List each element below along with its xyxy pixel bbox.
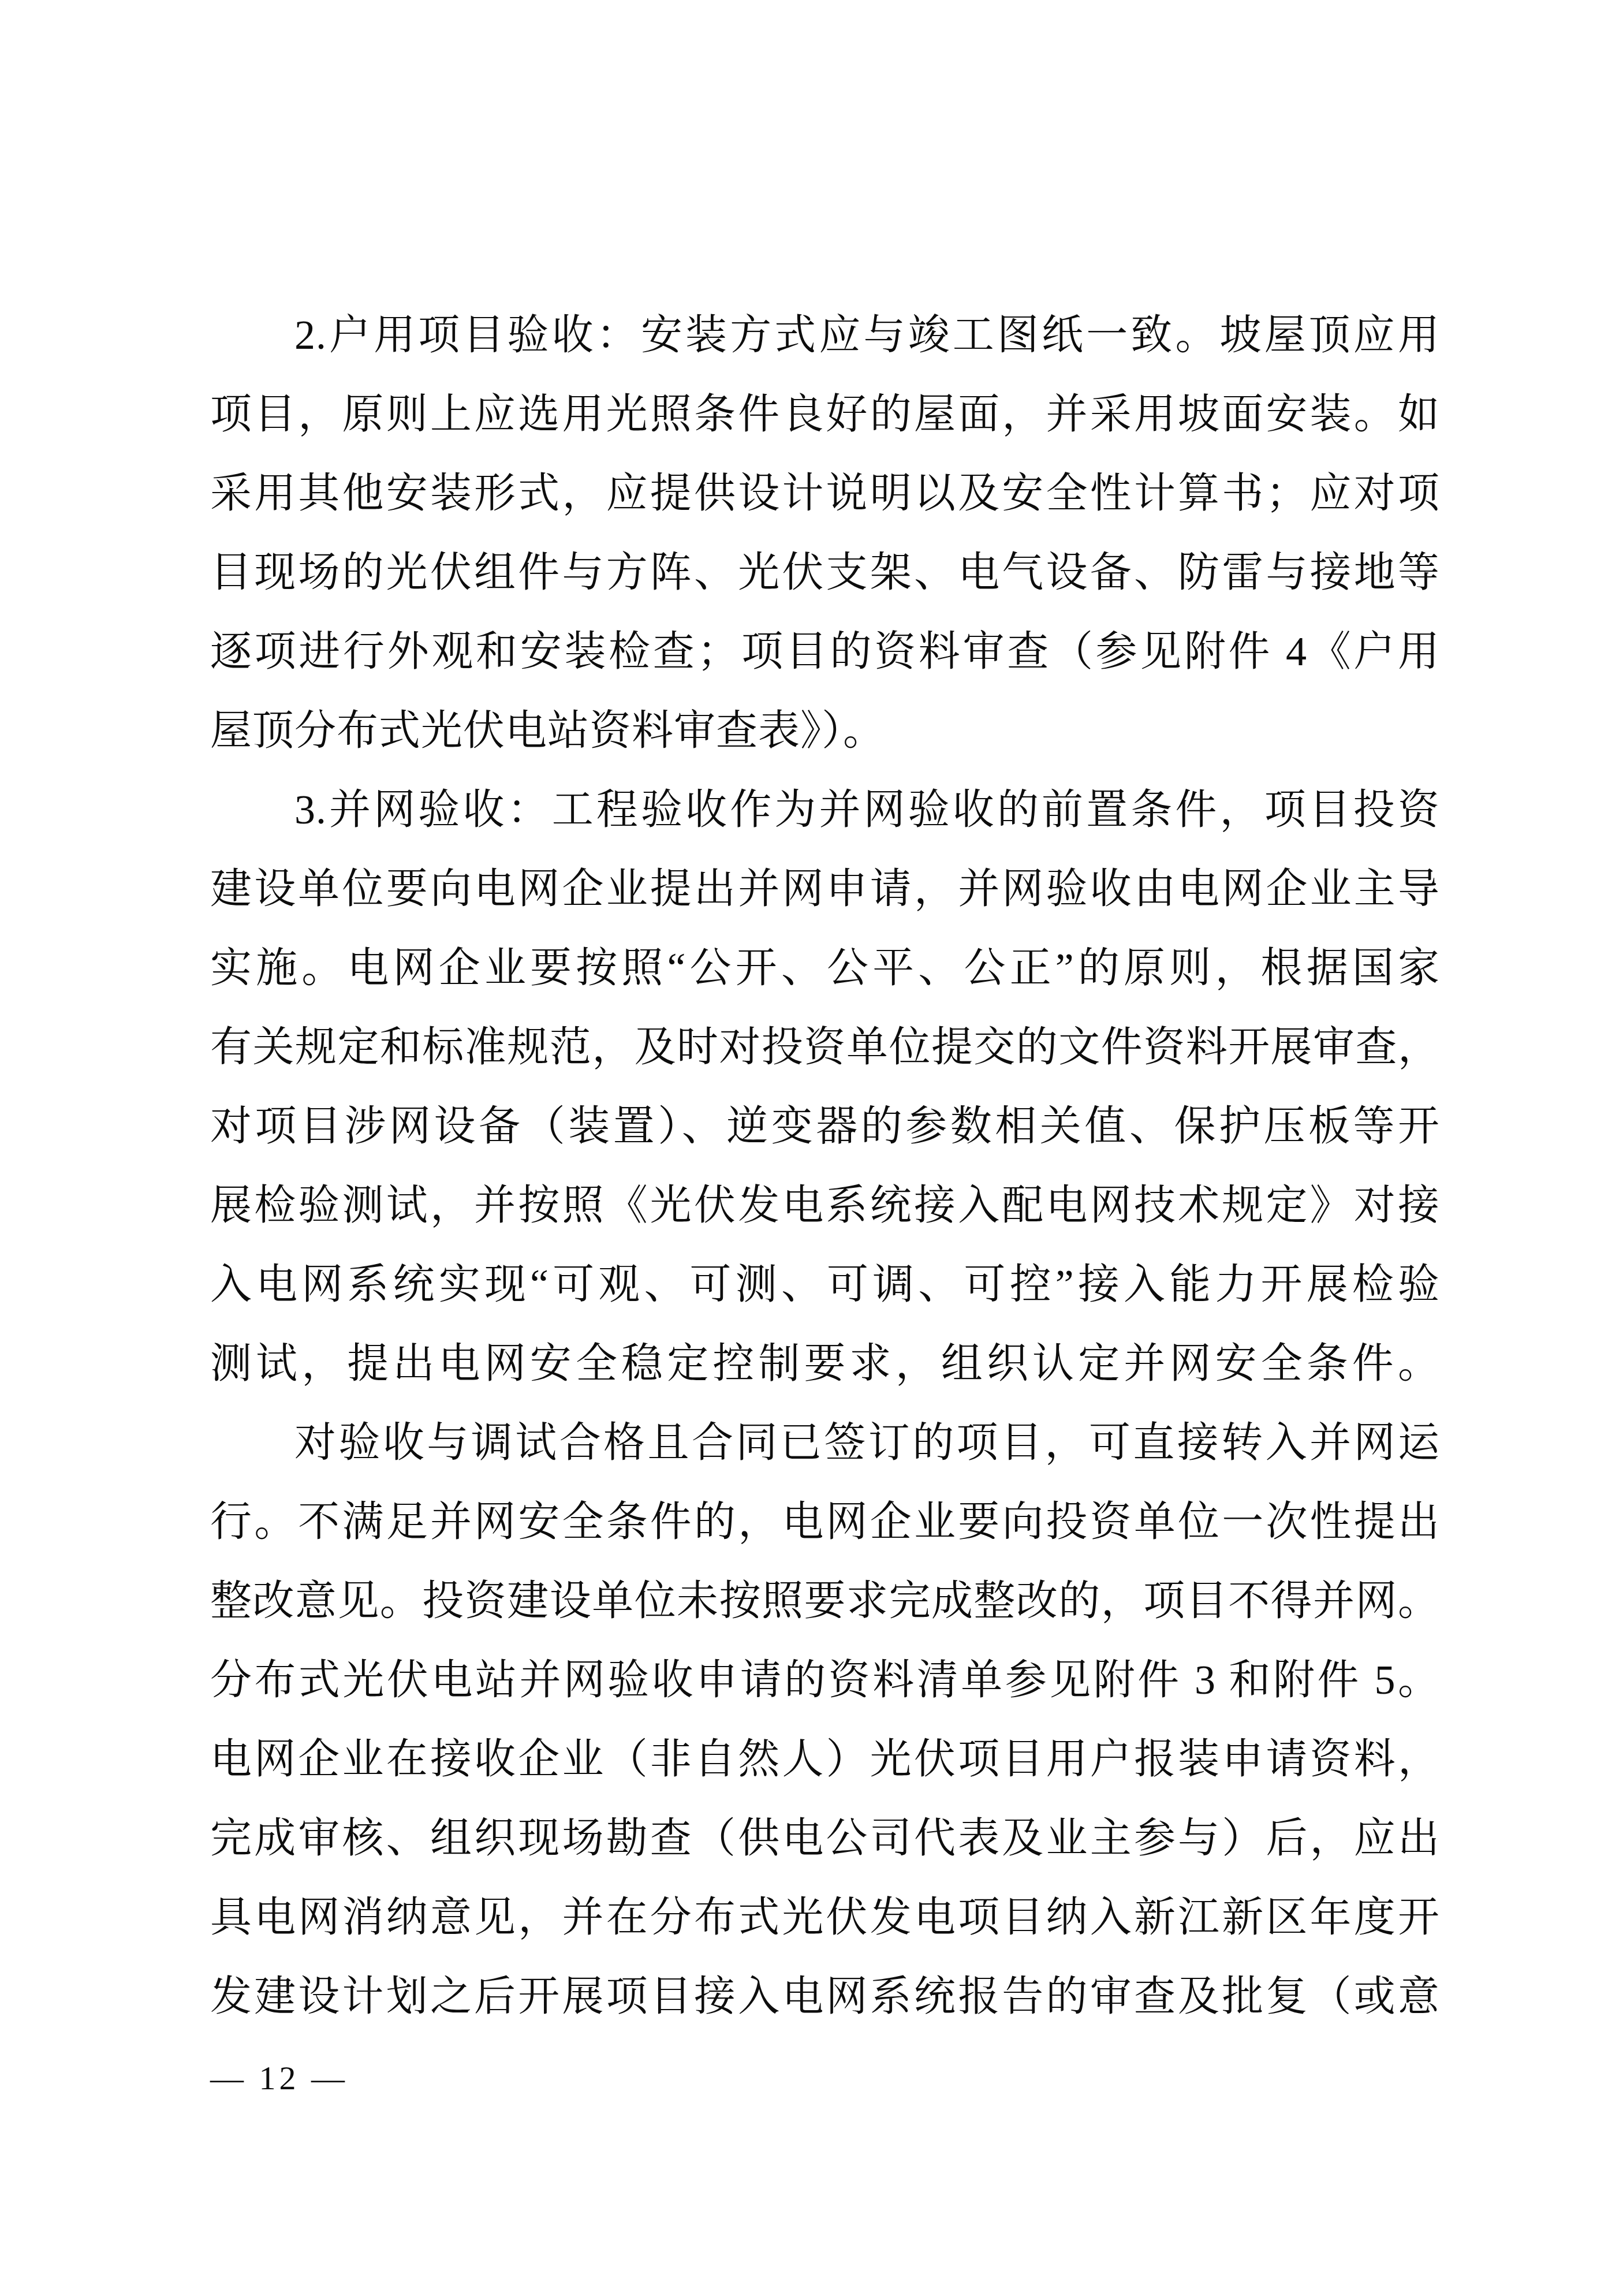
text-line: 入电网系统实现“可观、可测、可调、可控”接入能力开展检验 <box>210 1245 1440 1324</box>
text-line: 分布式光伏电站并网验收申请的资料清单参见附件 3 和附件 5。 <box>210 1641 1440 1720</box>
document-body: 2.户用项目验收：安装方式应与竣工图纸一致。坡屋顶应用 项目，原则上应选用光照条… <box>210 296 1440 2036</box>
text-line: 电网企业在接收企业（非自然人）光伏项目用户报装申请资料， <box>210 1720 1440 1799</box>
text-line: 对验收与调试合格且合同已签订的项目，可直接转入并网运 <box>210 1403 1440 1482</box>
text-line: 采用其他安装形式，应提供设计说明以及安全性计算书；应对项 <box>210 454 1440 533</box>
text-line: 完成审核、组织现场勘查（供电公司代表及业主参与）后，应出 <box>210 1799 1440 1878</box>
text-line: 逐项进行外观和安装检查；项目的资料审查（参见附件 4《户用 <box>210 612 1440 691</box>
text-line: 行。不满足并网安全条件的，电网企业要向投资单位一次性提出 <box>210 1482 1440 1561</box>
text-line: 建设单位要向电网企业提出并网申请，并网验收由电网企业主导 <box>210 849 1440 929</box>
text-line: 屋顶分布式光伏电站资料审查表》）。 <box>210 691 1440 770</box>
text-line: 发建设计划之后开展项目接入电网系统报告的审查及批复（或意 <box>210 1957 1440 2036</box>
text-line: 有关规定和标准规范，及时对投资单位提交的文件资料开展审查， <box>210 1008 1440 1087</box>
text-line: 展检验测试，并按照《光伏发电系统接入配电网技术规定》对接 <box>210 1166 1440 1245</box>
text-line: 对项目涉网设备（装置）、逆变器的参数相关值、保护压板等开 <box>210 1087 1440 1166</box>
text-line: 3.并网验收：工程验收作为并网验收的前置条件，项目投资 <box>210 770 1440 849</box>
page-number: — 12 — <box>210 2055 348 2102</box>
text-line: 目现场的光伏组件与方阵、光伏支架、电气设备、防雷与接地等 <box>210 533 1440 612</box>
text-line: 整改意见。投资建设单位未按照要求完成整改的，项目不得并网。 <box>210 1561 1440 1641</box>
text-line: 实施。电网企业要按照“公开、公平、公正”的原则，根据国家 <box>210 929 1440 1008</box>
text-line: 具电网消纳意见，并在分布式光伏发电项目纳入新江新区年度开 <box>210 1878 1440 1957</box>
text-line: 测试，提出电网安全稳定控制要求，组织认定并网安全条件。 <box>210 1324 1440 1403</box>
text-line: 2.户用项目验收：安装方式应与竣工图纸一致。坡屋顶应用 <box>210 296 1440 375</box>
document-page: 2.户用项目验收：安装方式应与竣工图纸一致。坡屋顶应用 项目，原则上应选用光照条… <box>0 0 1623 2296</box>
text-line: 项目，原则上应选用光照条件良好的屋面，并采用坡面安装。如 <box>210 375 1440 454</box>
